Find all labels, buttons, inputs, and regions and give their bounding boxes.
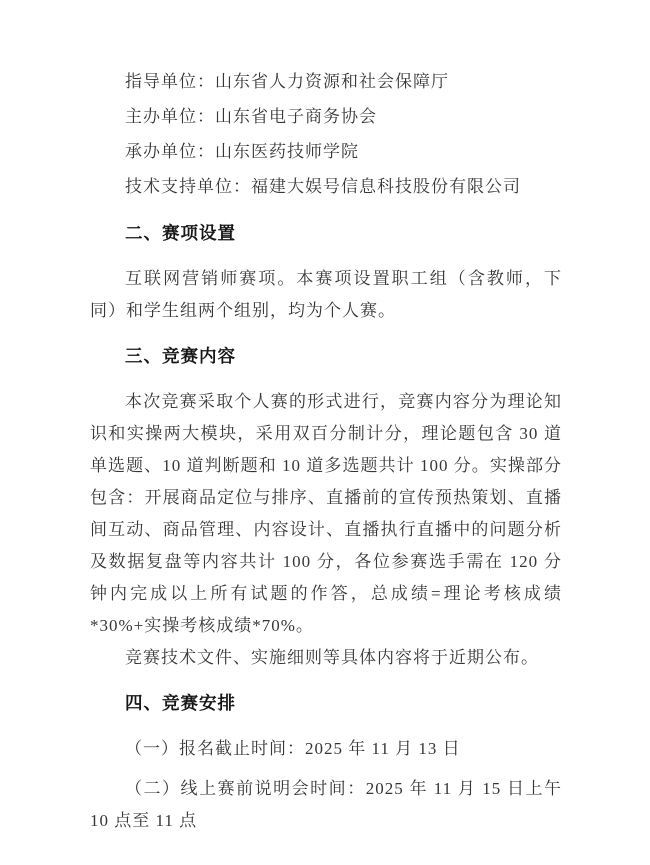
paragraph-technical-docs-note: 竞赛技术文件、实施细则等具体内容将于近期公布。	[90, 642, 562, 674]
section-competition-content: 三、竞赛内容 本次竞赛采取个人赛的形式进行，竞赛内容分为理论知识和实操两大模块，…	[90, 339, 562, 674]
section-heading-competition-content: 三、竞赛内容	[90, 339, 562, 374]
section-heading-event-setup: 二、赛项设置	[90, 216, 562, 251]
paragraph-competition-format: 本次竞赛采取个人赛的形式进行，竞赛内容分为理论知识和实操两大模块，采用双百分制计…	[90, 386, 562, 642]
org-line-host-unit: 主办单位：山东省电子商务协会	[90, 99, 562, 134]
section-competition-schedule: 四、竞赛安排 （一）报名截止时间：2025 年 11 月 13 日 （二）线上赛…	[90, 686, 562, 837]
org-line-guidance-unit: 指导单位：山东省人力资源和社会保障厅	[90, 64, 562, 99]
paragraph-event-setup: 互联网营销师赛项。本赛项设置职工组（含教师，下同）和学生组两个组别，均为个人赛。	[90, 263, 562, 327]
document-page: 指导单位：山东省人力资源和社会保障厅 主办单位：山东省电子商务协会 承办单位：山…	[0, 0, 650, 865]
section-event-setup: 二、赛项设置 互联网营销师赛项。本赛项设置职工组（含教师，下同）和学生组两个组别…	[90, 216, 562, 327]
paragraph-briefing-time: （二）线上赛前说明会时间：2025 年 11 月 15 日上午 10 点至 11…	[90, 773, 562, 837]
organizer-info: 指导单位：山东省人力资源和社会保障厅 主办单位：山东省电子商务协会 承办单位：山…	[90, 64, 562, 204]
paragraph-registration-deadline: （一）报名截止时间：2025 年 11 月 13 日	[90, 733, 562, 765]
section-heading-competition-schedule: 四、竞赛安排	[90, 686, 562, 721]
org-line-organizer-unit: 承办单位：山东医药技师学院	[90, 134, 562, 169]
org-line-tech-support: 技术支持单位：福建大娱号信息科技股份有限公司	[90, 169, 562, 204]
